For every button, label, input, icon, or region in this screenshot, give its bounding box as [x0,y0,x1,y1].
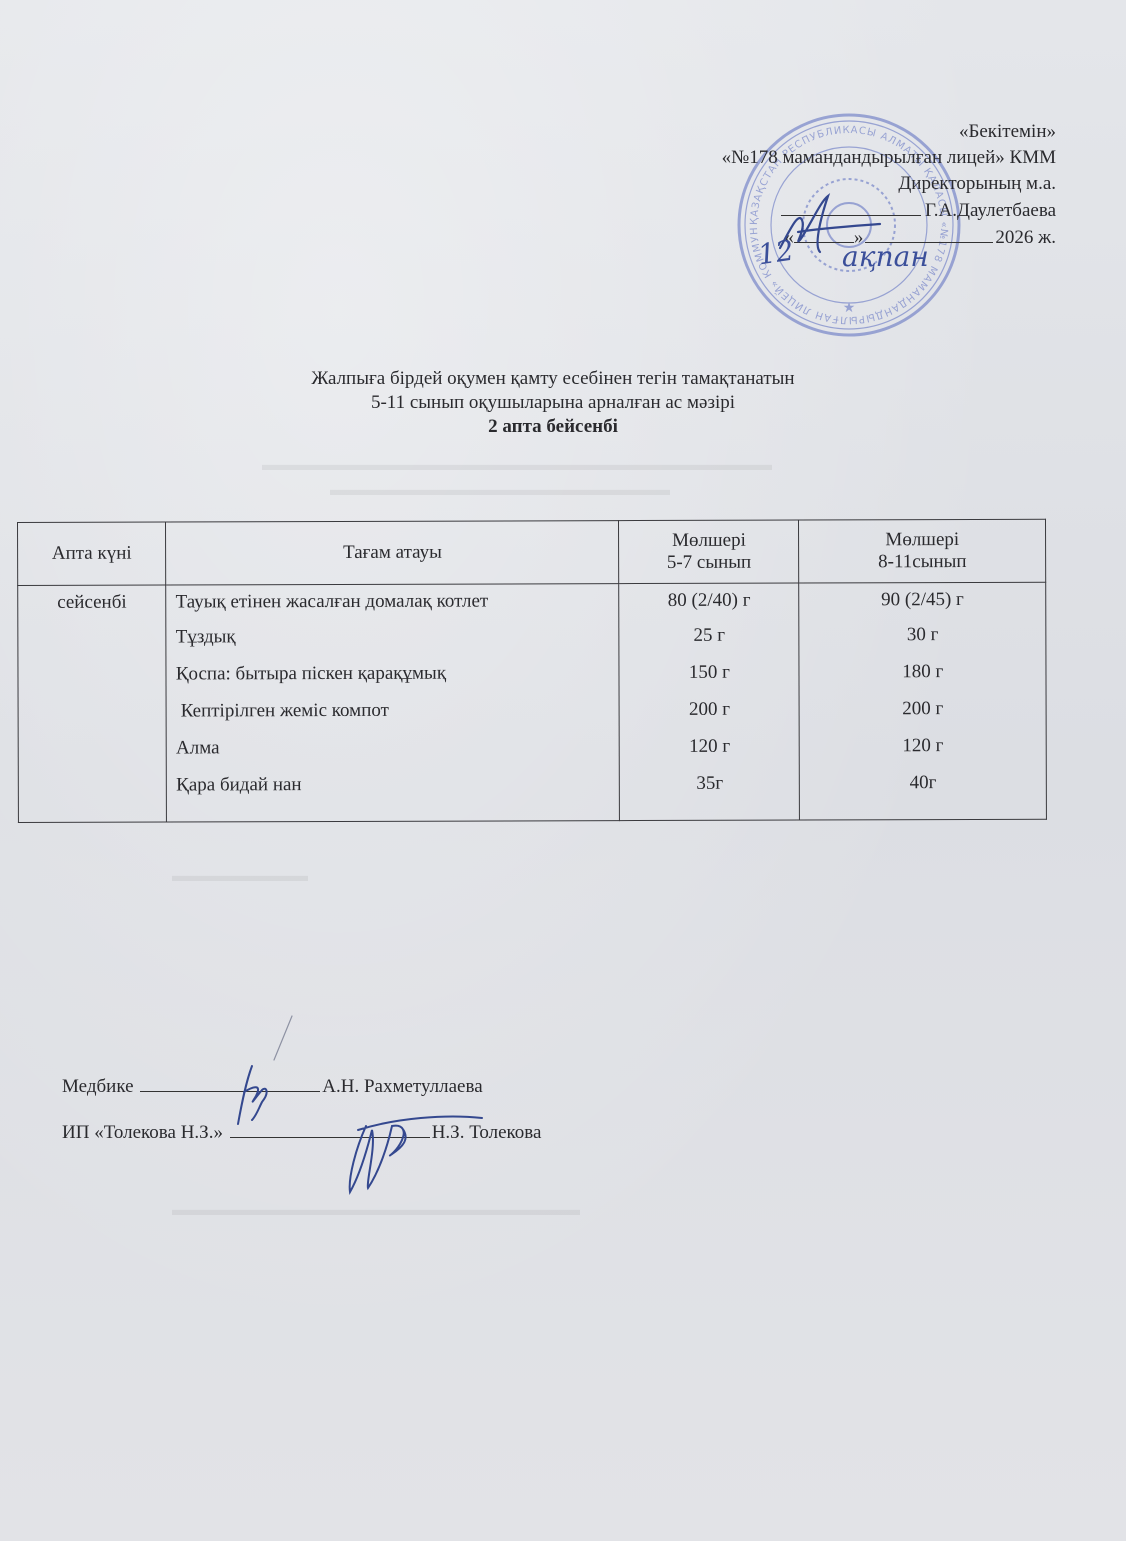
bleed-through-text: ▬▬▬▬▬▬▬▬▬▬▬▬▬▬▬▬▬▬▬▬▬▬▬▬▬▬▬▬▬▬ [262,455,772,475]
qty-5-7-value: 150 г [620,662,799,700]
pen-stroke [268,1014,298,1064]
header-qty-8-11: Мөлшері 8-11сынып [799,519,1046,583]
nurse-name: А.Н. Рахметуллаева [322,1076,482,1097]
approval-heading: «Бекітемін» [722,119,1056,145]
supplier-signature [336,1108,486,1198]
table-row: сейсенбі Тауық етінен жасалған домалақ к… [18,582,1047,822]
svg-text:★: ★ [843,301,856,316]
table-header-row: Апта күні Тағам атауы Мөлшері 5-7 сынып … [18,519,1046,585]
nurse-signature-line: Медбике А.Н. Рахметуллаева [62,1073,541,1099]
qty-8-11-value: 180 г [800,661,1046,699]
qty-8-11-value: 120 г [800,735,1046,773]
bleed-through-text: ▬▬▬▬▬▬▬▬▬▬▬▬▬▬▬▬▬▬▬▬▬▬▬▬ [172,1200,580,1220]
title-week-day: 2 апта бейсенбі [0,415,1116,439]
qty-8-11-value: 30 г [800,624,1046,662]
title-line-2: 5-11 сынып оқушыларына арналған ас мәзір… [0,391,1116,415]
header-dish: Тағам атауы [166,521,619,585]
bleed-through-text: ▬▬▬▬▬▬▬▬ [172,866,308,886]
qty-8-11-value: 200 г [800,698,1046,736]
director-signature [770,190,890,270]
qty-5-7-value: 80 (2/40) г [620,590,799,626]
header-qty-5-7: Мөлшері 5-7 сынып [619,520,799,584]
day-cell: сейсенбі [18,585,167,822]
dish-name: Қоспа: бытыра піскен қарақұмық [167,662,619,700]
header-qty-8-11-label: Мөлшері [799,529,1045,552]
organization-name: «№178 мамандандырылған лицей» КММ [722,145,1056,171]
qty-8-11-value: 90 (2/45) г [800,589,1046,625]
menu-table: Апта күні Тағам атауы Мөлшері 5-7 сынып … [17,519,1047,823]
supplier-role: ИП «Толекова Н.З.» [62,1122,223,1143]
nurse-role: Медбике [62,1076,134,1097]
nurse-signature [222,1062,282,1132]
qty-5-7-cell: 80 (2/40) г 25 г 150 г 200 г 120 г 35г [619,583,800,821]
director-name: Г.А.Даулетбаева [925,200,1056,221]
dish-name: Тауық етінен жасалған домалақ котлет [167,590,619,626]
qty-5-7-value: 35г [620,773,799,811]
qty-8-11-value: 40г [800,772,1046,810]
qty-5-7-value: 200 г [620,699,799,737]
qty-8-11-cell: 90 (2/45) г 30 г 180 г 200 г 120 г 40г [799,582,1046,820]
header-qty-5-7-label: Мөлшері [619,530,798,553]
dish-name: Кептірілген жеміс компот [167,699,619,737]
dish-name: Алма [167,736,619,774]
document-title: Жалпыға бірдей оқумен қамту есебінен тег… [0,367,1126,439]
date-year: 2026 ж. [995,227,1056,248]
qty-5-7-value: 25 г [620,625,799,663]
bleed-through-text: ▬▬▬▬▬▬▬▬▬▬▬▬▬▬▬▬▬▬▬▬ [330,480,670,500]
dish-name: Тұздық [167,625,619,663]
header-day: Апта күні [18,522,167,585]
dish-name: Қара бидай нан [167,773,619,811]
qty-5-7-value: 120 г [620,736,799,774]
dish-cell: Тауық етінен жасалған домалақ котлет Тұз… [166,584,620,822]
header-qty-8-11-grade: 8-11сынып [800,551,1046,574]
header-qty-5-7-grade: 5-7 сынып [619,552,798,575]
title-line-1: Жалпыға бірдей оқумен қамту есебінен тег… [0,367,1116,391]
